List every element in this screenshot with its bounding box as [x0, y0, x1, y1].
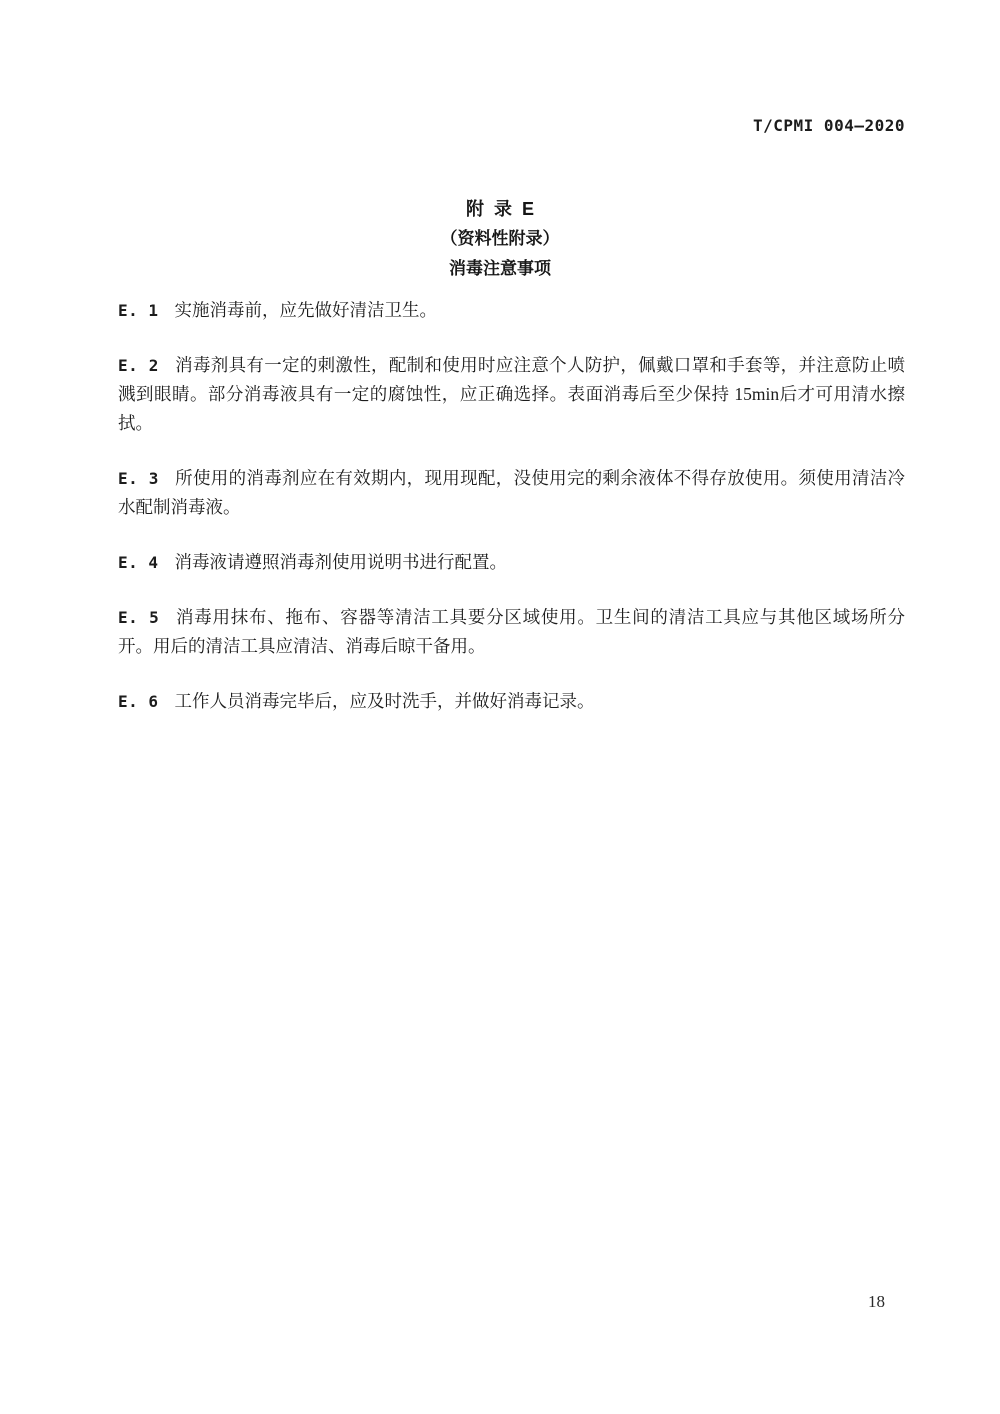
clause-e6-text: 工作人员消毒完毕后，应及时洗手，并做好消毒记录。: [175, 691, 595, 711]
clause-e5-label: E. 5: [118, 608, 159, 627]
clause-e1: E. 1实施消毒前，应先做好清洁卫生。: [118, 296, 905, 325]
clause-e6-label: E. 6: [118, 692, 159, 711]
clause-e3-text: 所使用的消毒剂应在有效期内，现用现配，没使用完的剩余液体不得存放使用。须使用清洁…: [118, 468, 905, 517]
clause-e3: E. 3所使用的消毒剂应在有效期内，现用现配，没使用完的剩余液体不得存放使用。须…: [118, 464, 905, 522]
clause-e4: E. 4消毒液请遵照消毒剂使用说明书进行配置。: [118, 548, 905, 577]
clause-e4-text: 消毒液请遵照消毒剂使用说明书进行配置。: [175, 552, 508, 572]
standard-code-header: T/CPMI 004—2020: [0, 116, 905, 135]
document-body: E. 1实施消毒前，应先做好清洁卫生。 E. 2消毒剂具有一定的刺激性，配制和使…: [118, 296, 905, 742]
standard-code-text: T/CPMI 004—2020: [753, 116, 905, 135]
clause-e5-text: 消毒用抹布、拖布、容器等清洁工具要分区域使用。卫生间的清洁工具应与其他区域场所分…: [118, 607, 905, 656]
clause-e4-label: E. 4: [118, 553, 159, 572]
appendix-subtitle: （资料性附录）: [0, 224, 1000, 254]
clause-e2-label: E. 2: [118, 356, 159, 375]
clause-e5: E. 5消毒用抹布、拖布、容器等清洁工具要分区域使用。卫生间的清洁工具应与其他区…: [118, 603, 905, 661]
clause-e3-label: E. 3: [118, 469, 159, 488]
document-page: T/CPMI 004—2020 附 录 E （资料性附录） 消毒注意事项 E. …: [0, 0, 1000, 1414]
appendix-heading: 消毒注意事项: [0, 254, 1000, 284]
clause-e1-label: E. 1: [118, 301, 159, 320]
appendix-title-block: 附 录 E （资料性附录） 消毒注意事项: [0, 194, 1000, 284]
page-number: 18: [868, 1292, 885, 1312]
clause-e2-text: 消毒剂具有一定的刺激性，配制和使用时应注意个人防护，佩戴口罩和手套等，并注意防止…: [118, 355, 905, 433]
clause-e2: E. 2消毒剂具有一定的刺激性，配制和使用时应注意个人防护，佩戴口罩和手套等，并…: [118, 351, 905, 438]
clause-e1-text: 实施消毒前，应先做好清洁卫生。: [175, 300, 438, 320]
appendix-title: 附 录 E: [0, 194, 1000, 224]
clause-e6: E. 6工作人员消毒完毕后，应及时洗手，并做好消毒记录。: [118, 687, 905, 716]
